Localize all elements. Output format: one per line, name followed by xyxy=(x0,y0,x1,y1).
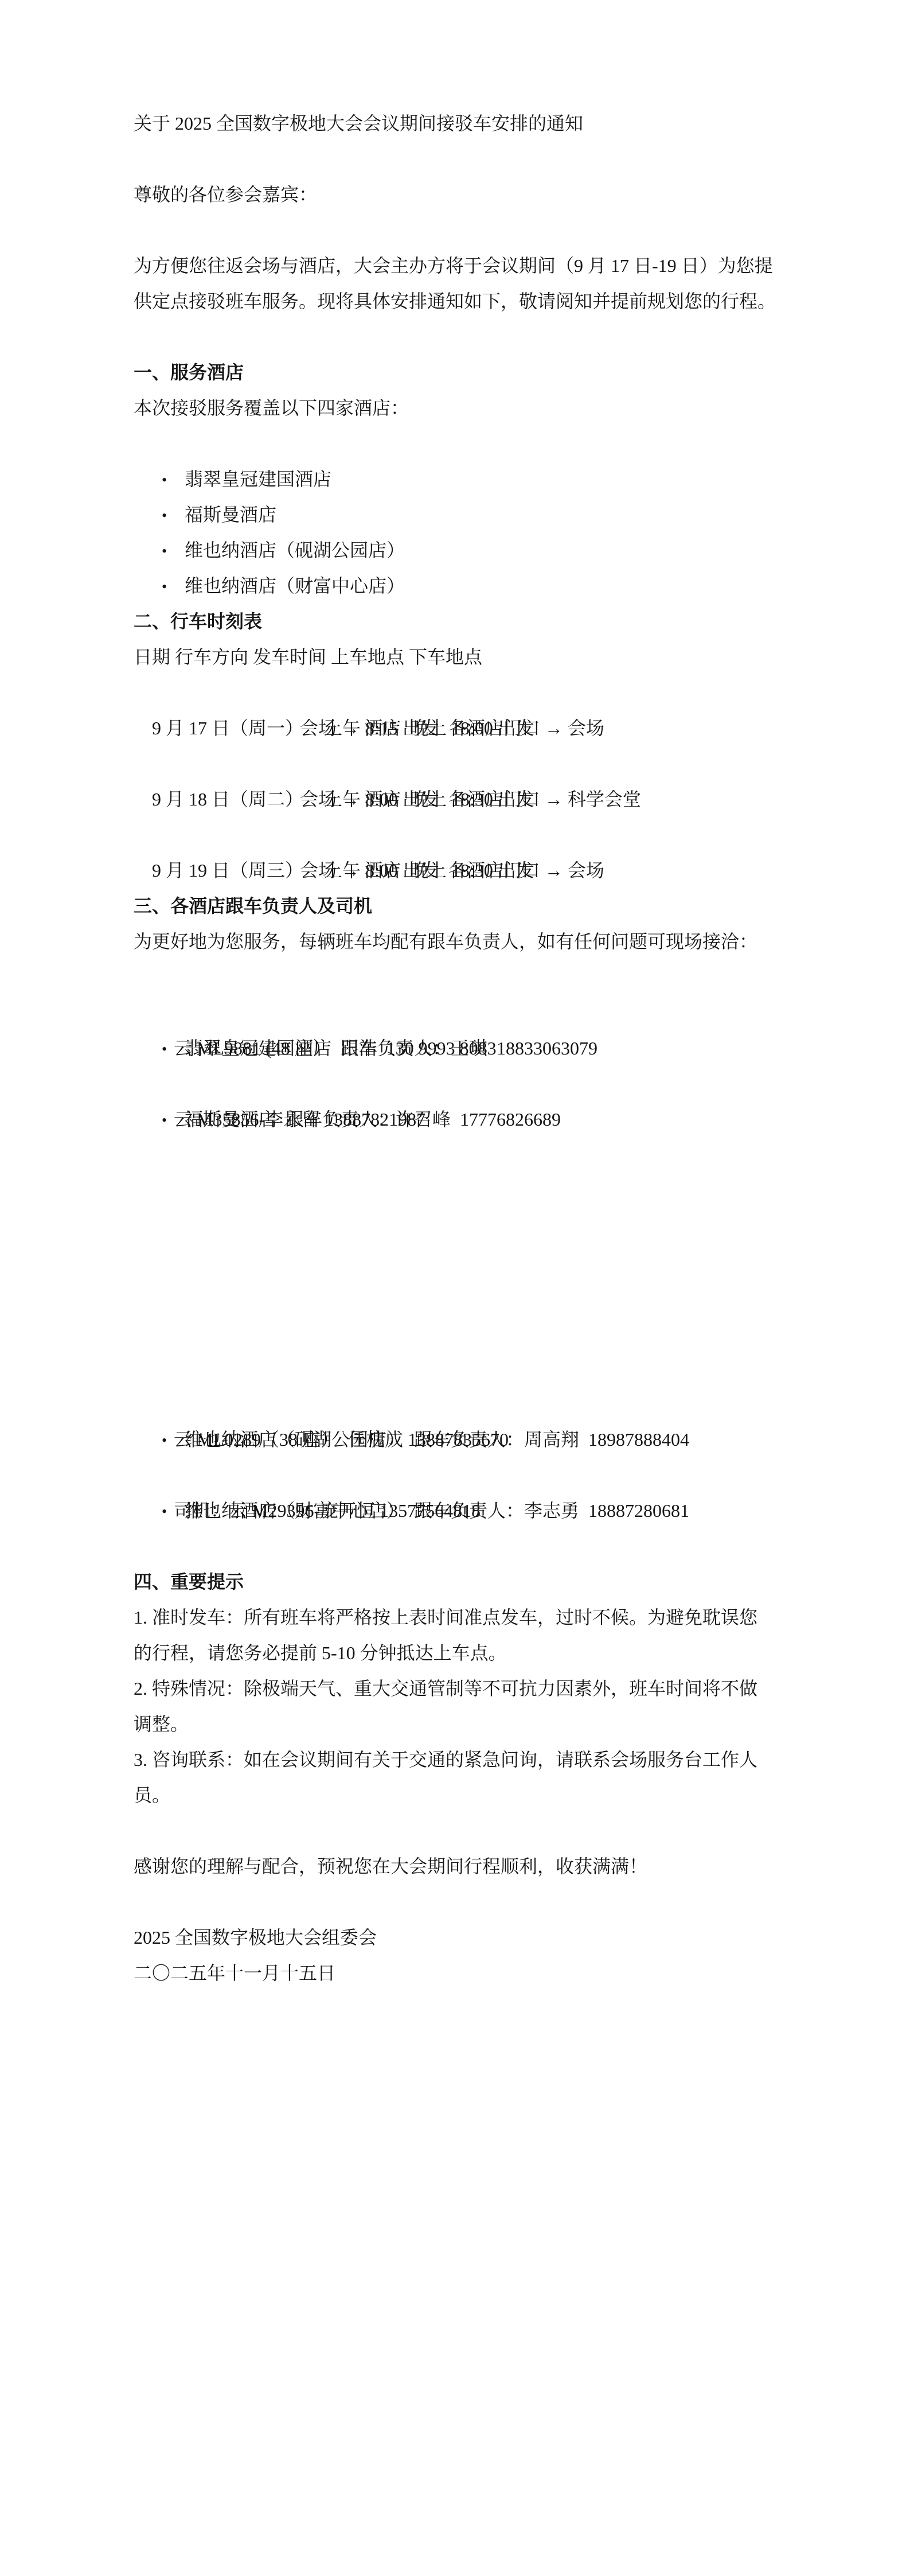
intro-line-1: 为方便您往返会场与酒店，大会主办方将于会议期间（9 月 17 日-19 日）为您… xyxy=(134,248,835,283)
notice-item-line: 调整。 xyxy=(134,1706,835,1742)
notice-item-line: 2. 特殊情况：除极端天气、重大交通管制等不可抗力因素外，班车时间将不做 xyxy=(134,1671,835,1706)
spacer xyxy=(134,959,835,995)
page-break-gap xyxy=(134,1137,835,1386)
section1-lead: 本次接驳服务覆盖以下四家酒店： xyxy=(134,390,835,426)
spacer xyxy=(134,141,835,177)
section2-heading: 二、行车时刻表 xyxy=(134,604,835,639)
notice-item-line: 3. 咨询联系：如在会议期间有关于交通的紧急问询，请联系会场服务台工作人 xyxy=(134,1742,835,1777)
notice-item-line: 1. 准时发车：所有班车将严格按上表时间准点发车，过时不候。为避免耽误您 xyxy=(134,1600,835,1635)
schedule-row: 9 月 17 日（周一）上午 8:15 出发 各酒店门口 → 会场 xyxy=(134,675,835,710)
section3-lead: 为更好地为您服务，每辆班车均配有跟车负责人，如有任何问题可现场接洽： xyxy=(134,924,835,959)
contact-vehicle: 云 ML0289（38 座） 任槐成 13887835670 xyxy=(134,1422,835,1457)
greeting: 尊敬的各位参会嘉宾： xyxy=(134,177,835,212)
notice-item-line: 的行程，请您务必提前 5-10 分钟抵达上车点。 xyxy=(134,1635,835,1671)
schedule-date: 9 月 18 日（周二） xyxy=(152,781,324,817)
hotel-name: 维也纳酒店（财富中心店） xyxy=(185,575,405,596)
intro-line-2: 供定点接驳班车服务。现将具体安排通知如下，敬请阅知并提前规划您的行程。 xyxy=(134,283,835,319)
document-title: 关于 2025 全国数字极地大会会议期间接驳车安排的通知 xyxy=(134,106,835,141)
section3-heading: 三、各酒店跟车负责人及司机 xyxy=(134,888,835,924)
section1-heading: 一、服务酒店 xyxy=(134,355,835,390)
hotel-name: 翡翠皇冠建国酒店 xyxy=(185,469,331,489)
spacer xyxy=(134,1528,835,1564)
hotel-name: 维也纳酒店（砚湖公园店） xyxy=(185,540,405,561)
spacer xyxy=(134,212,835,248)
spacer xyxy=(134,1884,835,1920)
hotel-list-item: •翡翠皇冠建国酒店 xyxy=(134,426,835,461)
signature-organization: 2025 全国数字极地大会组委会 xyxy=(134,1920,835,1955)
contact-vehicle: 云 ML9881 (48 座） 田浩 130 9993 8083 xyxy=(134,1030,835,1066)
schedule-date: 9 月 19 日（周三） xyxy=(152,853,324,888)
schedule-row: 9 月 18 日（周二）上午 8:00 出发 各酒店门口 → 科学会堂 xyxy=(134,746,835,781)
notice-document: 关于 2025 全国数字极地大会会议期间接驳车安排的通知 尊敬的各位参会嘉宾： … xyxy=(0,0,910,1991)
schedule-date: 9 月 17 日（周一） xyxy=(152,710,324,746)
section4-heading: 四、重要提示 xyxy=(134,1564,835,1600)
contact-list-item: •维也纳酒店（砚湖公园店） 跟车负责人：周高翔 18987888404 xyxy=(134,1386,835,1422)
spacer xyxy=(134,1813,835,1849)
notice-item-line: 员。 xyxy=(134,1777,835,1813)
closing-line: 感谢您的理解与配合，预祝您在大会期间行程顺利，收获满满！ xyxy=(134,1849,835,1884)
bullet-icon: • xyxy=(162,534,185,569)
schedule-row: 9 月 19 日（周三）上午 8:00 出发 各酒店门口 → 会场 xyxy=(134,817,835,853)
contact-list-item: •福斯曼酒店 跟车负责人：许召峰 17776826689 xyxy=(134,1066,835,1102)
hotel-name: 福斯曼酒店 xyxy=(185,504,276,525)
bullet-icon: • xyxy=(162,569,185,605)
spacer xyxy=(134,319,835,355)
contact-list-item: •维也纳酒店（财富中心店） 跟车负责人：李志勇 18887280681 xyxy=(134,1457,835,1493)
schedule-column-headers: 日期 行车方向 发车时间 上车地点 下车地点 xyxy=(134,639,835,675)
bullet-icon: • xyxy=(162,462,185,498)
bullet-icon: • xyxy=(162,498,185,534)
contact-list-item: •翡翠皇冠建国酒店 跟车负责人：王琪 18833063079 xyxy=(134,995,835,1030)
signature-date: 二〇二五年十一月十五日 xyxy=(134,1955,835,1991)
